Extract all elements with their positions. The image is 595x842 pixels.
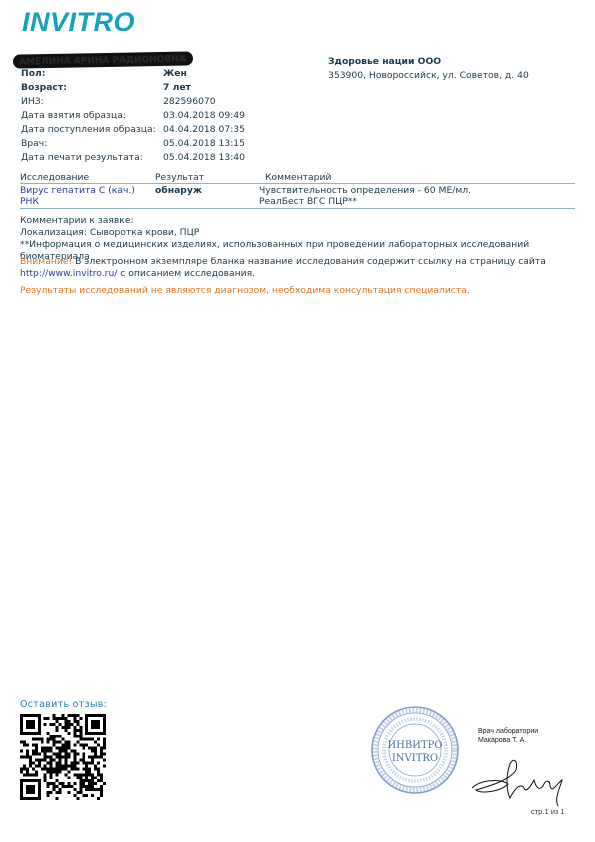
notice-text: В электронном экземпляре бланка название… (72, 256, 546, 267)
header-test: Исследование (20, 172, 89, 183)
info-value: 05.04.2018 13:15 (163, 137, 245, 150)
feedback-qr-code[interactable] (20, 714, 106, 800)
attention-label: Внимание! (20, 256, 72, 267)
info-value: 05.04.2018 13:40 (163, 151, 245, 164)
organization-address: 353900, Новороссийск, ул. Советов, д. 40 (328, 69, 529, 83)
test-comment: Чувствительность определения - 60 МЕ/мл.… (259, 185, 471, 207)
comments-localization: Локализация: Сыворотка крови, ПЦР (20, 227, 595, 239)
signature (470, 750, 570, 810)
disclaimer: Результаты исследований не являются диаг… (20, 285, 470, 296)
info-label: Дата поступления образца: (21, 123, 156, 136)
info-value: 7 лет (163, 81, 191, 94)
signer-block: Врач лаборатории Макарова Т. А. (478, 727, 538, 745)
notice-text2: с описанием исследования. (117, 268, 255, 279)
info-label: Пол: (21, 67, 45, 80)
info-value: Жен (163, 67, 187, 80)
info-label: ИНЗ: (21, 95, 44, 108)
results-table: Исследование Результат Комментарий Вирус… (20, 172, 575, 209)
comments-title: Комментарии к заявке: (20, 215, 595, 227)
invitro-logo: INVITRO (22, 7, 135, 38)
info-value: 03.04.2018 09:49 (163, 109, 245, 122)
test-result: обнаруж (155, 185, 202, 196)
feedback-label: Оставить отзыв: (20, 699, 107, 710)
header-comment: Комментарий (265, 172, 331, 183)
signer-title: Врач лаборатории (478, 727, 538, 736)
stamp-text-ru: ИНВИТРО (387, 740, 442, 751)
table-row: Вирус гепатита С (кач.) РНК обнаруж Чувс… (20, 184, 575, 209)
info-label: Врач: (21, 137, 47, 150)
page-number: стр.1 из 1 (531, 807, 565, 816)
test-name-link[interactable]: Вирус гепатита С (кач.) РНК (20, 185, 135, 207)
info-value: 282596070 (163, 95, 216, 108)
signer-name: Макарова Т. А. (478, 736, 538, 745)
info-label: Возраст: (21, 81, 67, 94)
info-value: 04.04.2018 07:35 (163, 123, 245, 136)
organization-block: Здоровье нации ООО 353900, Новороссийск,… (328, 55, 529, 83)
info-label: Дата печати результата: (21, 151, 143, 164)
lab-stamp: ИНВИТРО INVITRO (370, 702, 460, 798)
table-header: Исследование Результат Комментарий (20, 172, 575, 184)
organization-name: Здоровье нации ООО (328, 55, 529, 69)
header-result: Результат (155, 172, 204, 183)
invitro-link[interactable]: http://www.invitro.ru/ (20, 268, 117, 279)
notice-block: Внимание! В электронном экземпляре бланк… (20, 256, 546, 280)
info-label: Дата взятия образца: (21, 109, 126, 122)
patient-name-redacted: АМЕЛИНА АРИНА РАДИОНОВНА (13, 51, 193, 68)
stamp-text-en: INVITRO (392, 753, 438, 764)
